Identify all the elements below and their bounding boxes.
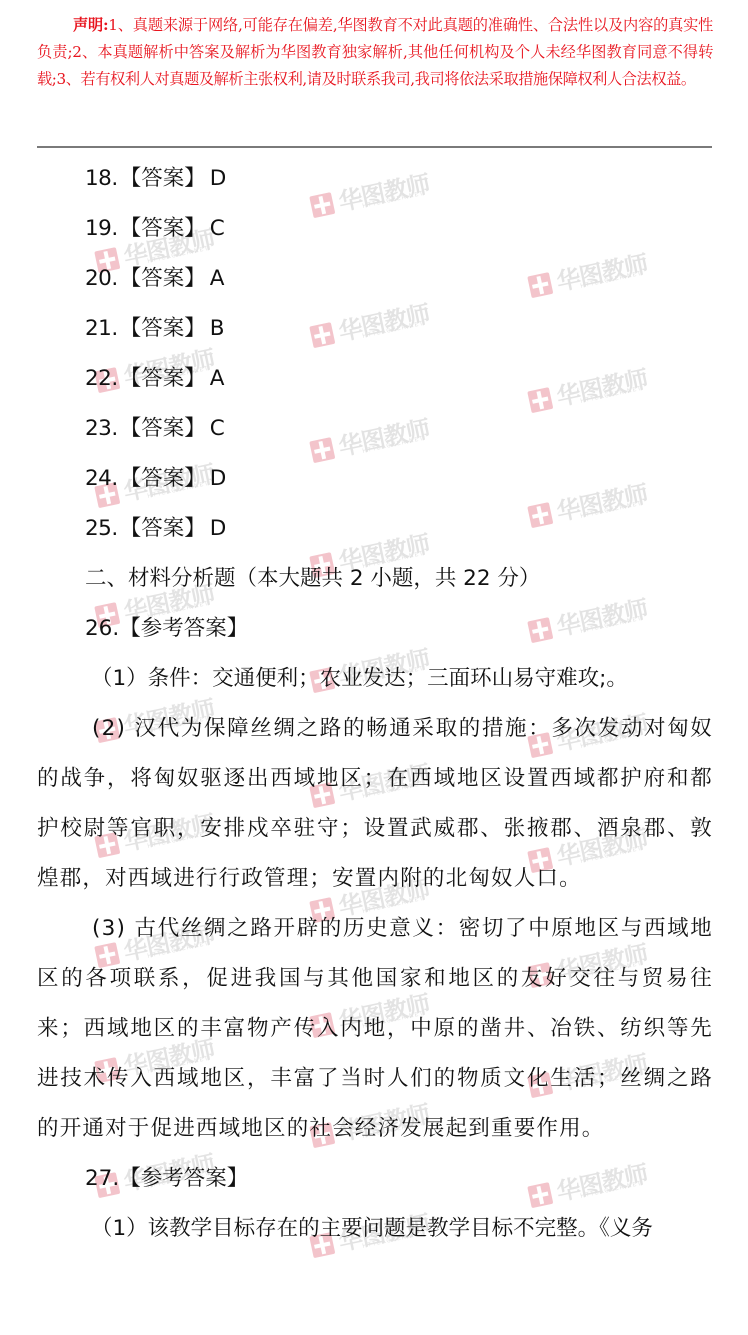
logo-icon	[527, 502, 553, 528]
logo-icon	[527, 272, 553, 298]
question-title: 26.【参考答案】	[85, 614, 248, 644]
watermark: 华图教师HTTEACHER.NET	[306, 288, 433, 360]
answer-row: 25.【答案】D	[85, 514, 226, 544]
answer-row: 22.【答案】A	[85, 364, 224, 394]
answer-paragraph: （1）该教学目标存在的主要问题是教学目标不完整。《义务	[91, 1214, 653, 1244]
disclaimer: 声明:1、真题来源于网络,可能存在偏差,华图教育不对此真题的准确性、合法性以及内…	[37, 12, 713, 93]
watermark: 华图教师HTTEACHER.NET	[306, 158, 433, 230]
logo-icon	[527, 1182, 553, 1208]
watermark: 华图教师HTTEACHER.NET	[524, 468, 651, 540]
answer-row: 20.【答案】A	[85, 264, 224, 294]
question-title: 27.【参考答案】	[85, 1164, 248, 1194]
answer-row: 19.【答案】C	[85, 214, 225, 244]
answer-paragraph: (3) 古代丝绸之路开辟的历史意义：密切了中原地区与西域地区的各项联系，促进我国…	[37, 904, 713, 1154]
divider	[37, 146, 712, 148]
logo-icon	[309, 322, 335, 348]
answer-row: 21.【答案】B	[85, 314, 224, 344]
watermark: 华图教师HTTEACHER.NET	[524, 583, 651, 655]
logo-icon	[527, 387, 553, 413]
logo-icon	[309, 437, 335, 463]
watermark: 华图教师HTTEACHER.NET	[524, 238, 651, 310]
answer-row: 24.【答案】D	[85, 464, 226, 494]
watermark: 华图教师HTTEACHER.NET	[306, 403, 433, 475]
answer-paragraph: （1）条件：交通便利；农业发达；三面环山易守难攻;。	[91, 664, 628, 694]
logo-icon	[527, 617, 553, 643]
answer-row: 18.【答案】D	[85, 164, 226, 194]
answer-row: 23.【答案】C	[85, 414, 225, 444]
section-heading: 二、材料分析题（本大题共 2 小题，共 22 分）	[85, 564, 540, 594]
watermark: 华图教师HTTEACHER.NET	[524, 353, 651, 425]
logo-icon	[309, 192, 335, 218]
answer-paragraph: (2) 汉代为保障丝绸之路的畅通采取的措施：多次发动对匈奴的战争，将匈奴驱逐出西…	[37, 704, 713, 904]
disclaimer-label: 声明:	[73, 16, 108, 34]
disclaimer-text: 1、真题来源于网络,可能存在偏差,华图教育不对此真题的准确性、合法性以及内容的真…	[37, 16, 713, 88]
watermark: 华图教师HTTEACHER.NET	[524, 1148, 651, 1220]
